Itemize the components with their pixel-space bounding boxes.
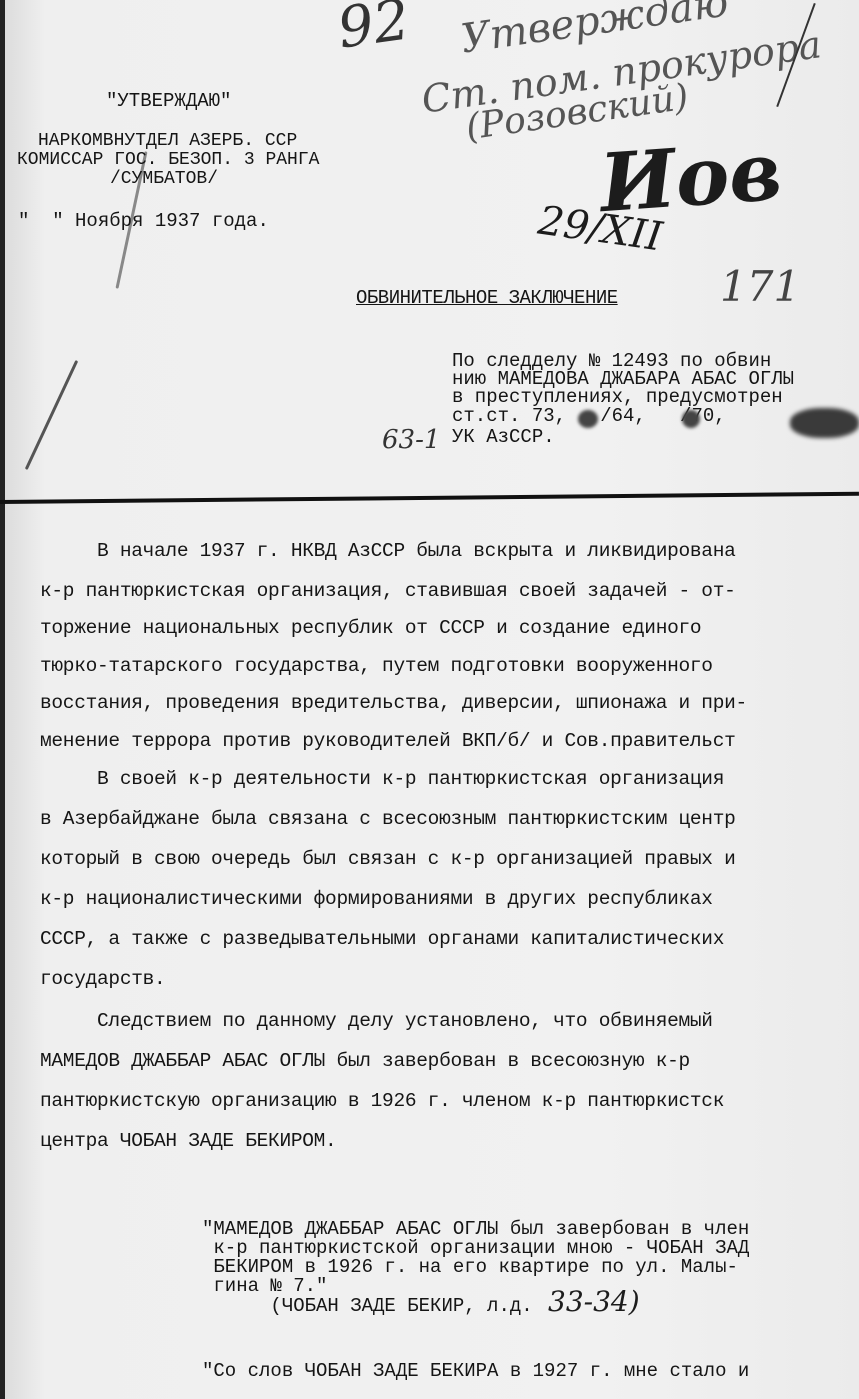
body-line: пантюркистскую организацию в 1926 г. чле… bbox=[40, 1090, 724, 1112]
body-line: менение террора против руководителей ВКП… bbox=[40, 730, 736, 752]
subject-line-5: УК АзССР. bbox=[452, 428, 555, 446]
approval-line-1: НАРКОМВНУТДЕЛ АЗЕРБ. ССР bbox=[38, 132, 297, 151]
subject-line-3: в преступлениях, предусмотрен bbox=[452, 388, 783, 406]
body-line: СССР, а также с разведывательными органа… bbox=[40, 928, 724, 950]
quote-line-4: гина № 7." bbox=[202, 1277, 327, 1296]
sheet-reference: 33-34) bbox=[548, 1285, 640, 1318]
folio-number-right: 171 bbox=[720, 262, 800, 311]
body-line: МАМЕДОВ ДЖАББАР АБАС ОГЛЫ был завербован… bbox=[40, 1050, 690, 1072]
body-line: Следствием по данному делу установлено, … bbox=[40, 1010, 713, 1032]
redaction-blot bbox=[682, 410, 700, 428]
folio-number-top: 92 bbox=[334, 0, 414, 62]
body-line: В своей к-р деятельности к-р пантюркистс… bbox=[40, 768, 724, 790]
body-line: торжение национальных республик от СССР … bbox=[40, 617, 701, 639]
approval-stamp: "УТВЕРЖДАЮ" bbox=[106, 92, 231, 111]
approval-line-2: КОМИССАР ГОС. БЕЗОП. 3 РАНГА bbox=[17, 151, 319, 170]
body-line: тюрко-татарского государства, путем подг… bbox=[40, 655, 713, 677]
body-line: который в свою очередь был связан с к-р … bbox=[40, 848, 736, 870]
body-line: центра ЧОБАН ЗАДЕ БЕКИРОМ. bbox=[40, 1130, 336, 1152]
approval-line-3: /СУМБАТОВ/ bbox=[110, 170, 218, 189]
quote-source: (ЧОБАН ЗАДЕ БЕКИР, л.д. bbox=[202, 1297, 533, 1316]
last-line: "Со слов ЧОБАН ЗАДЕ БЕКИРА в 1927 г. мне… bbox=[202, 1362, 749, 1381]
redaction-blot bbox=[578, 410, 598, 428]
body-line: в Азербайджане была связана с всесоюзным… bbox=[40, 808, 736, 830]
body-line: к-р националистическими формированиями в… bbox=[40, 888, 713, 910]
body-line: к-р пантюркистская организация, ставивша… bbox=[40, 580, 736, 602]
body-line: государств. bbox=[40, 968, 165, 990]
body-line: восстания, проведения вредительства, див… bbox=[40, 692, 747, 714]
body-line: В начале 1937 г. НКВД АзССР была вскрыта… bbox=[40, 540, 736, 562]
approval-date: " " Ноября 1937 года. bbox=[18, 212, 269, 231]
redaction-blot bbox=[790, 408, 859, 438]
article-note: 63-1 bbox=[382, 425, 440, 455]
document-title: ОБВИНИТЕЛЬНОЕ ЗАКЛЮЧЕНИЕ bbox=[356, 287, 618, 309]
